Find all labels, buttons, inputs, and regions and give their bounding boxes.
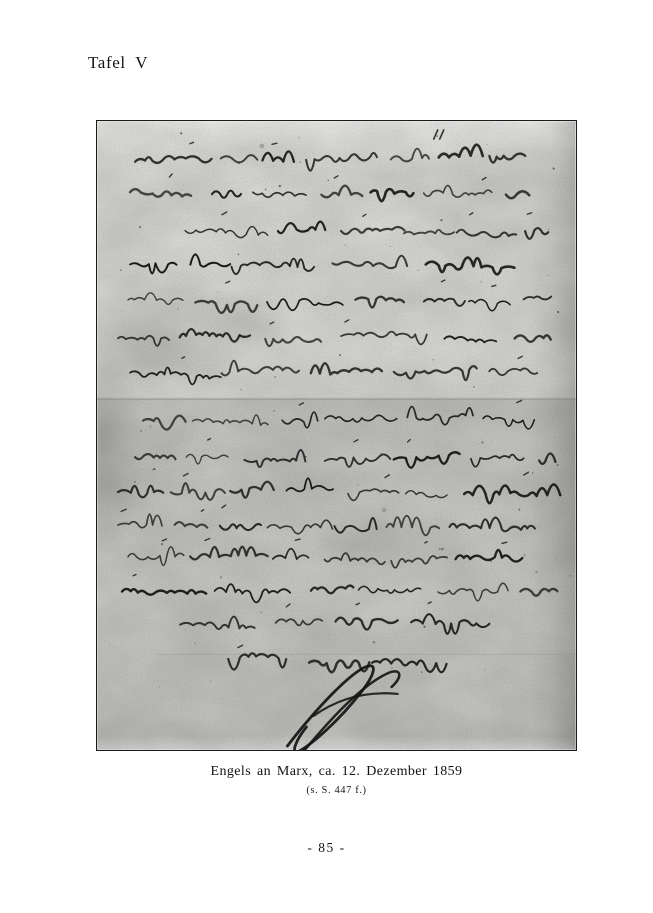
photo-speck [473, 386, 475, 388]
photo-speck [547, 275, 548, 276]
photo-speck [480, 281, 482, 283]
photo-speck [417, 269, 419, 271]
photo-speck [305, 456, 307, 458]
photo-speck [142, 469, 143, 470]
photo-speck [220, 576, 222, 578]
photo-speck [215, 183, 216, 184]
photo-speck [152, 469, 154, 471]
photo-speck [421, 671, 423, 673]
photo-speck [380, 453, 383, 456]
photo-speck [261, 612, 263, 614]
photo-speck [553, 168, 555, 170]
photo-speck [382, 508, 387, 513]
photo-speck [535, 571, 537, 573]
photo-speck [238, 162, 240, 164]
photo-speck [391, 667, 393, 669]
photo-speck [210, 681, 212, 683]
photo-speck [161, 543, 163, 545]
photo-speck [484, 669, 485, 670]
photo-speck [557, 464, 559, 466]
photo-speck [395, 418, 397, 420]
photo-speck [339, 354, 341, 356]
photo-speck [548, 229, 549, 230]
photo-speck [273, 410, 275, 412]
photo-speck [194, 642, 195, 643]
page-number: - 85 - [0, 840, 653, 856]
photo-speck [373, 641, 376, 644]
photo-speck [241, 389, 242, 390]
figure-caption-block: Engels an Marx, ca. 12. Dezember 1859 (s… [96, 764, 577, 796]
figure-caption: Engels an Marx, ca. 12. Dezember 1859 [96, 764, 577, 780]
photo-speck [423, 626, 425, 628]
photo-speck [358, 485, 359, 486]
photo-speck [153, 468, 155, 470]
below-fold-shading [97, 399, 576, 750]
photo-speck [149, 425, 151, 427]
photo-speck [436, 135, 438, 137]
photo-speck [140, 430, 142, 432]
photo-speck [299, 161, 302, 164]
photo-speck [361, 558, 362, 559]
photo-speck [298, 137, 300, 139]
photo-speck [433, 359, 434, 360]
photo-speck [274, 376, 276, 378]
photo-speck [441, 548, 443, 550]
book-page: Tafel V Engels [0, 0, 653, 913]
photo-speck [260, 144, 265, 149]
photo-speck [217, 291, 218, 292]
photo-speck [238, 254, 240, 256]
photo-speck [345, 244, 346, 245]
photo-speck [279, 185, 281, 187]
plate-label: Tafel V [88, 53, 148, 73]
photo-speck [327, 180, 328, 181]
photo-speck [518, 509, 520, 511]
photo-speck [555, 558, 556, 559]
photo-speck [265, 188, 267, 190]
photo-speck [486, 144, 487, 145]
photo-speck [481, 441, 483, 443]
photo-speck [440, 219, 442, 221]
photo-speck [524, 554, 526, 556]
photo-speck [532, 472, 533, 473]
fold-crease-lower [157, 654, 576, 655]
photo-speck [134, 481, 136, 483]
photo-speck [120, 310, 121, 311]
photo-speck [177, 308, 178, 309]
figure-reference: (s. S. 447 f.) [96, 785, 577, 796]
photo-speck [180, 132, 182, 134]
letter-photograph [96, 120, 577, 751]
photo-speck [569, 575, 571, 577]
photo-speck [139, 226, 141, 228]
photo-speck [190, 217, 191, 218]
photo-speck [390, 246, 391, 247]
photo-speck [159, 687, 160, 688]
photo-speck [312, 662, 313, 663]
photo-speck [490, 560, 492, 562]
handwriting-facsimile [97, 121, 576, 750]
photo-speck [557, 311, 559, 313]
photo-speck [234, 589, 236, 591]
photo-speck [185, 629, 186, 630]
photo-speck [438, 548, 440, 550]
photo-speck [120, 269, 122, 271]
